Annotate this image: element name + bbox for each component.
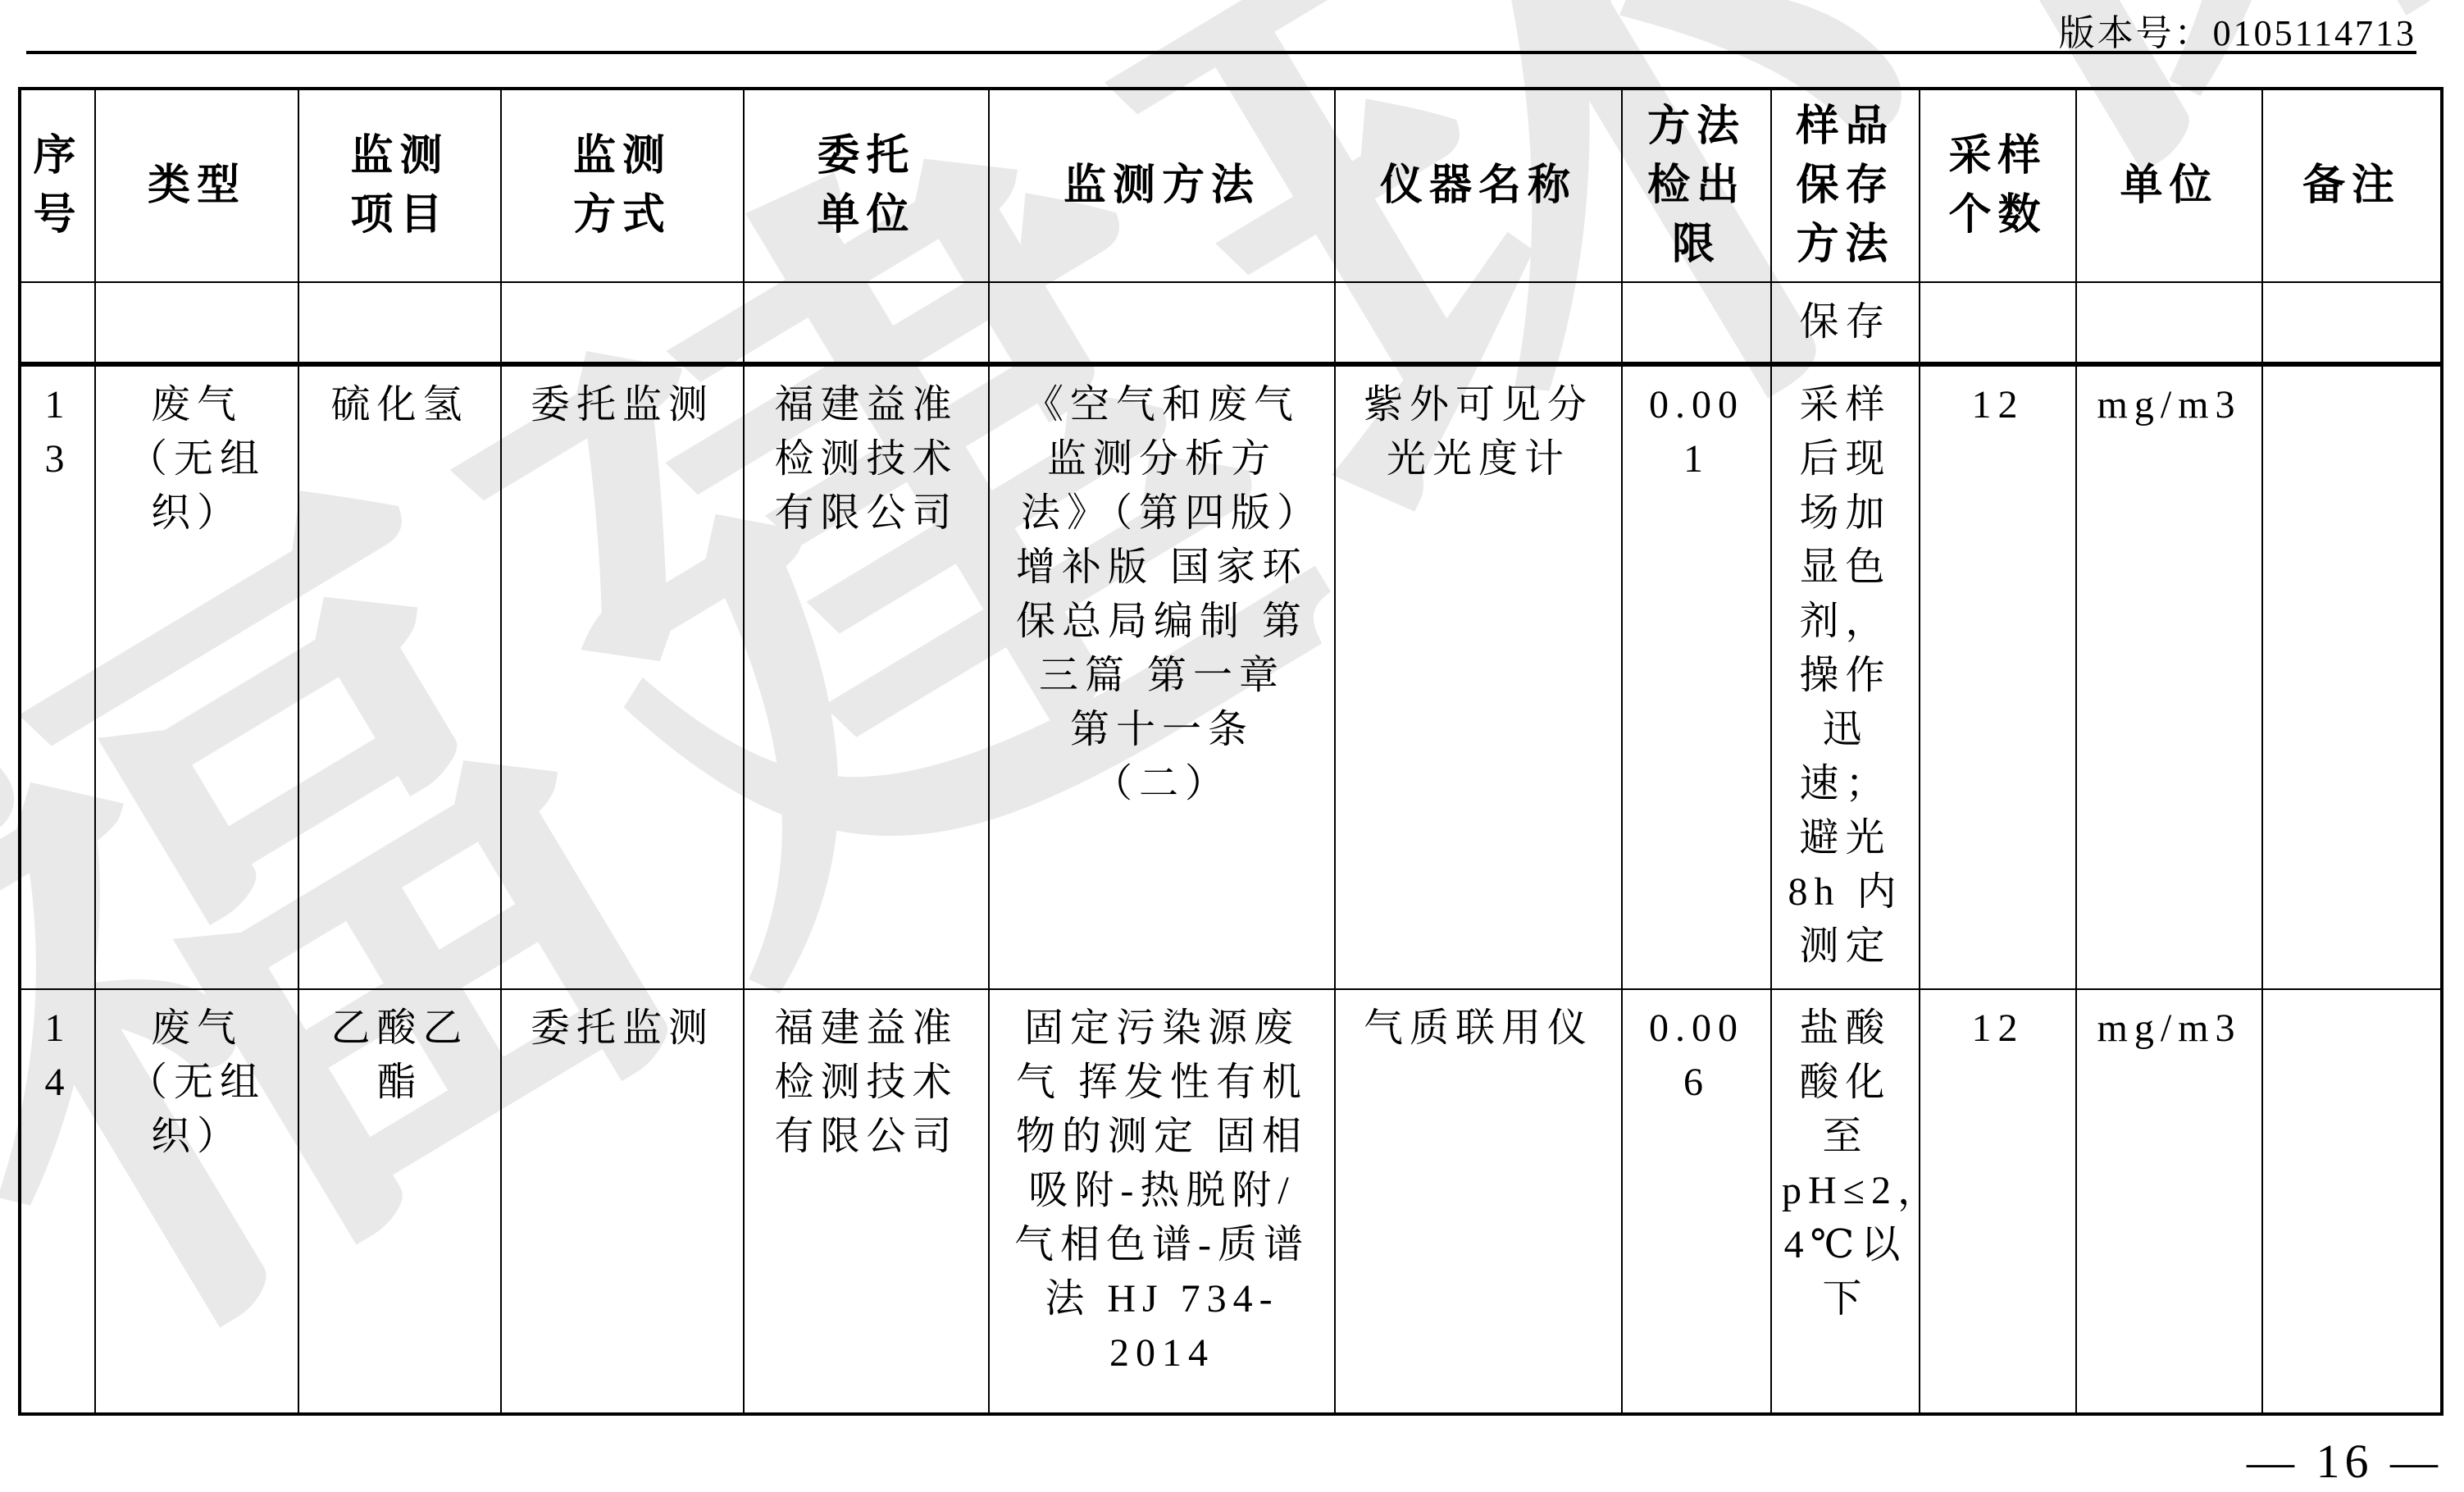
header-sample-preservation-label: 样品保存方法 bbox=[1793, 98, 1898, 275]
cell-monitoring-item bbox=[298, 282, 501, 364]
monitoring-table-wrap: 序号 类型 监测项目 监测方式 委托单位 监测方法 仪器名称 方法检出限 样品保… bbox=[18, 87, 2444, 1416]
cell-monitoring-mode: 委托监测 bbox=[501, 364, 744, 989]
page-number: — 16 — bbox=[2247, 1434, 2443, 1489]
table-header-row: 序号 类型 监测项目 监测方式 委托单位 监测方法 仪器名称 方法检出限 样品保… bbox=[20, 89, 2442, 282]
cell-detection-limit bbox=[1622, 282, 1771, 364]
cell-monitoring-method: 固定污染源废气 挥发性有机物的测定 固相吸附-热脱附/气相色谱-质谱法 HJ 7… bbox=[989, 989, 1335, 1414]
cell-commissioned-unit bbox=[744, 282, 989, 364]
header-monitoring-method: 监测方法 bbox=[989, 89, 1335, 282]
cell-monitoring-item: 硫化氢 bbox=[298, 364, 501, 989]
table-row-13: 13 废气（无组织） 硫化氢 委托监测 福建益准检测技术有限公司 《空气和废气监… bbox=[20, 364, 2442, 989]
cell-monitoring-method: 《空气和废气监测分析方法》（第四版）增补版 国家环保总局编制 第三篇 第一章 第… bbox=[989, 364, 1335, 989]
header-monitoring-mode-label: 监测方式 bbox=[570, 127, 675, 245]
version-number-label: 版本号：0105114713 bbox=[2059, 3, 2416, 56]
table-row-14: 14 废气（无组织） 乙酸乙酯 委托监测 福建益准检测技术有限公司 固定污染源废… bbox=[20, 989, 2442, 1414]
cell-instrument-name: 紫外可见分光光度计 bbox=[1335, 364, 1622, 989]
header-detection-limit: 方法检出限 bbox=[1622, 89, 1771, 282]
cell-serial-no: 13 bbox=[20, 364, 95, 989]
cell-unit: mg/m3 bbox=[2076, 364, 2262, 989]
cell-sample-count: 12 bbox=[1920, 989, 2076, 1414]
cell-type: 废气（无组织） bbox=[95, 364, 298, 989]
cell-type bbox=[95, 282, 298, 364]
cell-instrument-name: 气质联用仪 bbox=[1335, 989, 1622, 1414]
cell-remark bbox=[2262, 989, 2442, 1414]
header-serial-no: 序号 bbox=[20, 89, 95, 282]
continuation-row: 保存 bbox=[20, 282, 2442, 364]
cell-type: 废气（无组织） bbox=[95, 989, 298, 1414]
header-rule bbox=[26, 51, 2416, 54]
cell-remark bbox=[2262, 364, 2442, 989]
header-monitoring-item-label: 监测项目 bbox=[348, 127, 453, 245]
header-sample-count: 采样个数 bbox=[1920, 89, 2076, 282]
cell-instrument-name bbox=[1335, 282, 1622, 364]
header-remark: 备注 bbox=[2262, 89, 2442, 282]
monitoring-table: 序号 类型 监测项目 监测方式 委托单位 监测方法 仪器名称 方法检出限 样品保… bbox=[18, 87, 2444, 1416]
cell-commissioned-unit: 福建益准检测技术有限公司 bbox=[744, 364, 989, 989]
cell-unit bbox=[2076, 282, 2262, 364]
cell-sample-preservation: 采样后现场加显色剂，操作迅速；避光 8h 内测定 bbox=[1771, 364, 1920, 989]
cell-detection-limit: 0.001 bbox=[1622, 364, 1771, 989]
cell-unit: mg/m3 bbox=[2076, 989, 2262, 1414]
cell-commissioned-unit: 福建益准检测技术有限公司 bbox=[744, 989, 989, 1414]
cell-sample-preservation: 保存 bbox=[1771, 282, 1920, 364]
cell-detection-limit: 0.006 bbox=[1622, 989, 1771, 1414]
header-detection-limit-label: 方法检出限 bbox=[1644, 98, 1749, 275]
cell-sample-count bbox=[1920, 282, 2076, 364]
header-type: 类型 bbox=[95, 89, 298, 282]
header-unit: 单位 bbox=[2076, 89, 2262, 282]
cell-sample-preservation: 盐酸酸化至pH≤2，4℃以下 bbox=[1771, 989, 1920, 1414]
cell-monitoring-item: 乙酸乙酯 bbox=[298, 989, 501, 1414]
header-sample-count-label: 采样个数 bbox=[1946, 127, 2051, 245]
header-commissioned-unit: 委托单位 bbox=[744, 89, 989, 282]
header-instrument-name: 仪器名称 bbox=[1335, 89, 1622, 282]
cell-remark bbox=[2262, 282, 2442, 364]
cell-serial-no: 14 bbox=[20, 989, 95, 1414]
cell-monitoring-mode: 委托监测 bbox=[501, 989, 744, 1414]
cell-serial-no bbox=[20, 282, 95, 364]
header-commissioned-unit-label: 委托单位 bbox=[814, 127, 919, 245]
header-sample-preservation: 样品保存方法 bbox=[1771, 89, 1920, 282]
header-monitoring-item: 监测项目 bbox=[298, 89, 501, 282]
cell-monitoring-mode bbox=[501, 282, 744, 364]
cell-monitoring-method bbox=[989, 282, 1335, 364]
header-monitoring-mode: 监测方式 bbox=[501, 89, 744, 282]
cell-sample-count: 12 bbox=[1920, 364, 2076, 989]
